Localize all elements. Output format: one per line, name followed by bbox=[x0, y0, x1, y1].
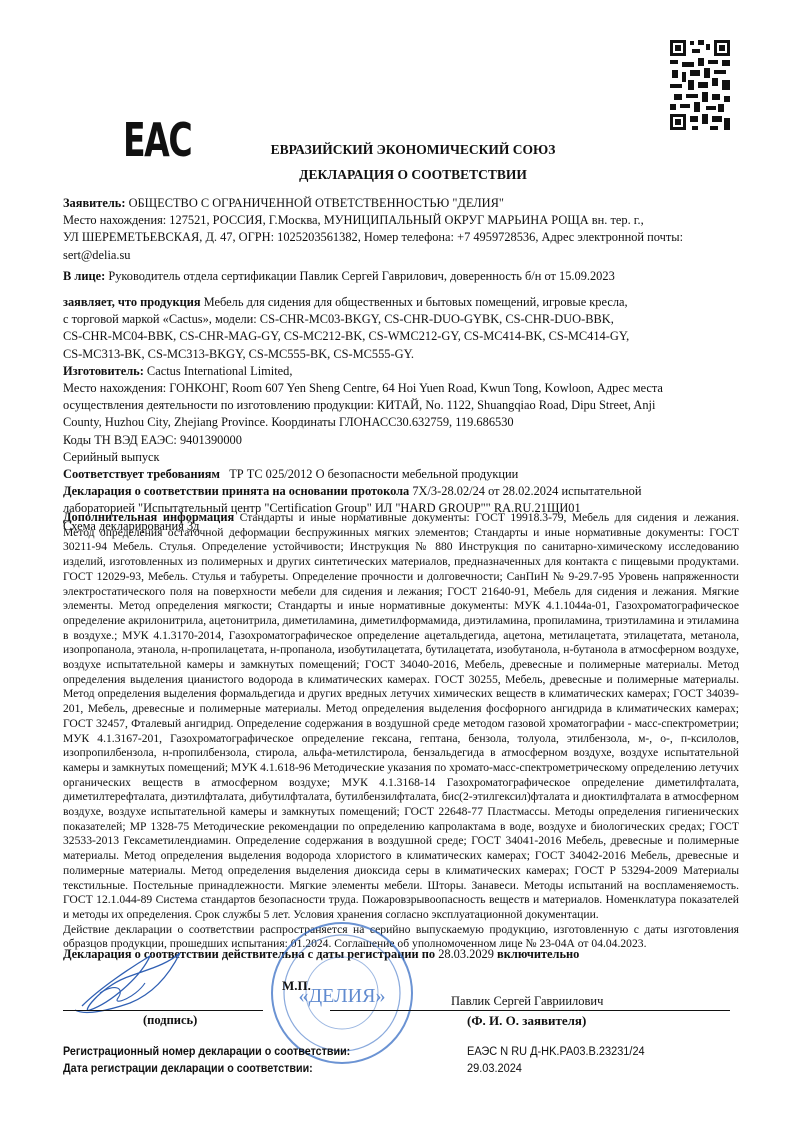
product-label: заявляет, что продукция bbox=[63, 295, 201, 309]
name-line bbox=[330, 1010, 730, 1011]
product-line-2: с торговой маркой «Cactus», модели: CS-C… bbox=[63, 311, 739, 328]
stamp-place-mark: М.П. bbox=[282, 978, 311, 994]
product-section: заявляет, что продукция Мебель для сиден… bbox=[63, 294, 739, 535]
applicant-section: Заявитель: ОБЩЕСТВО С ОГРАНИЧЕННОЙ ОТВЕТ… bbox=[63, 195, 739, 264]
handwritten-signature bbox=[70, 948, 200, 1018]
requirements-label: Соответствует требованиям bbox=[63, 467, 220, 481]
signer-name: Павлик Сергей Гавриилович bbox=[451, 994, 603, 1009]
representative-text: Руководитель отдела сертификации Павлик … bbox=[105, 269, 615, 283]
manufacturer-name: Cactus International Limited, bbox=[144, 364, 293, 378]
manufacturer-line-2: осуществления деятельности по изготовлен… bbox=[63, 397, 739, 414]
applicant-email: sert@delia.su bbox=[63, 247, 739, 264]
signature-caption: (подпись) bbox=[143, 1013, 197, 1028]
applicant-address-1: Место нахождения: 127521, РОССИЯ, Г.Моск… bbox=[63, 212, 739, 229]
registration-date-label: Дата регистрации декларации о соответств… bbox=[63, 1061, 313, 1075]
additional-info-text: Стандарты и иные нормативные документы: … bbox=[63, 511, 739, 921]
signature-line bbox=[63, 1010, 263, 1011]
applicant-name: ОБЩЕСТВО С ОГРАНИЧЕННОЙ ОТВЕТСТВЕННОСТЬЮ… bbox=[126, 196, 504, 210]
product-line-3: CS-CHR-MC04-BBK, CS-CHR-MAG-GY, CS-MC212… bbox=[63, 328, 739, 345]
product-line-1: Мебель для сидения для общественных и бы… bbox=[201, 295, 628, 309]
document-title: ДЕКЛАРАЦИЯ О СООТВЕТСТВИИ bbox=[0, 167, 796, 183]
release-type: Серийный выпуск bbox=[63, 449, 739, 466]
applicant-label: Заявитель: bbox=[63, 196, 126, 210]
applicant-address-2: УЛ ШЕРЕМЕТЬЕВСКАЯ, Д. 47, ОГРН: 10252035… bbox=[63, 229, 739, 246]
representative-section: В лице: Руководитель отдела сертификации… bbox=[63, 268, 739, 285]
additional-info-label: Дополнительная информация bbox=[63, 510, 234, 524]
basis-text: 7Х/3-28.02/24 от 28.02.2024 испытательно… bbox=[409, 484, 641, 498]
additional-info-section: Дополнительная информация Стандарты и ин… bbox=[63, 510, 739, 952]
signer-caption: (Ф. И. О. заявителя) bbox=[467, 1013, 586, 1029]
tn-ved-codes: Коды ТН ВЭД ЕАЭС: 9401390000 bbox=[63, 432, 739, 449]
registration-number-label: Регистрационный номер декларации о соотв… bbox=[63, 1044, 350, 1058]
registration-number-value: ЕАЭС N RU Д-HK.PA03.B.23231/24 bbox=[467, 1044, 645, 1058]
manufacturer-line-3: County, Huzhou City, Zhejiang Province. … bbox=[63, 414, 739, 431]
qr-code-icon bbox=[668, 38, 732, 132]
representative-label: В лице: bbox=[63, 269, 105, 283]
union-heading: ЕВРАЗИЙСКИЙ ЭКОНОМИЧЕСКИЙ СОЮЗ bbox=[0, 142, 796, 158]
svg-text:«ДЕЛИЯ»: «ДЕЛИЯ» bbox=[299, 985, 386, 1007]
manufacturer-line-1: Место нахождения: ГОНКОНГ, Room 607 Yen … bbox=[63, 380, 739, 397]
product-line-4: CS-MC313-BK, CS-MC313-BKGY, CS-MC555-BK,… bbox=[63, 346, 739, 363]
requirements-text: ТР ТС 025/2012 О безопасности мебельной … bbox=[220, 467, 518, 481]
validity-date: 28.03.2029 bbox=[435, 947, 497, 961]
manufacturer-label: Изготовитель: bbox=[63, 364, 144, 378]
basis-label: Декларация о соответствии принята на осн… bbox=[63, 484, 409, 498]
validity-suffix: включительно bbox=[497, 947, 579, 961]
registration-date-value: 29.03.2024 bbox=[467, 1061, 522, 1075]
